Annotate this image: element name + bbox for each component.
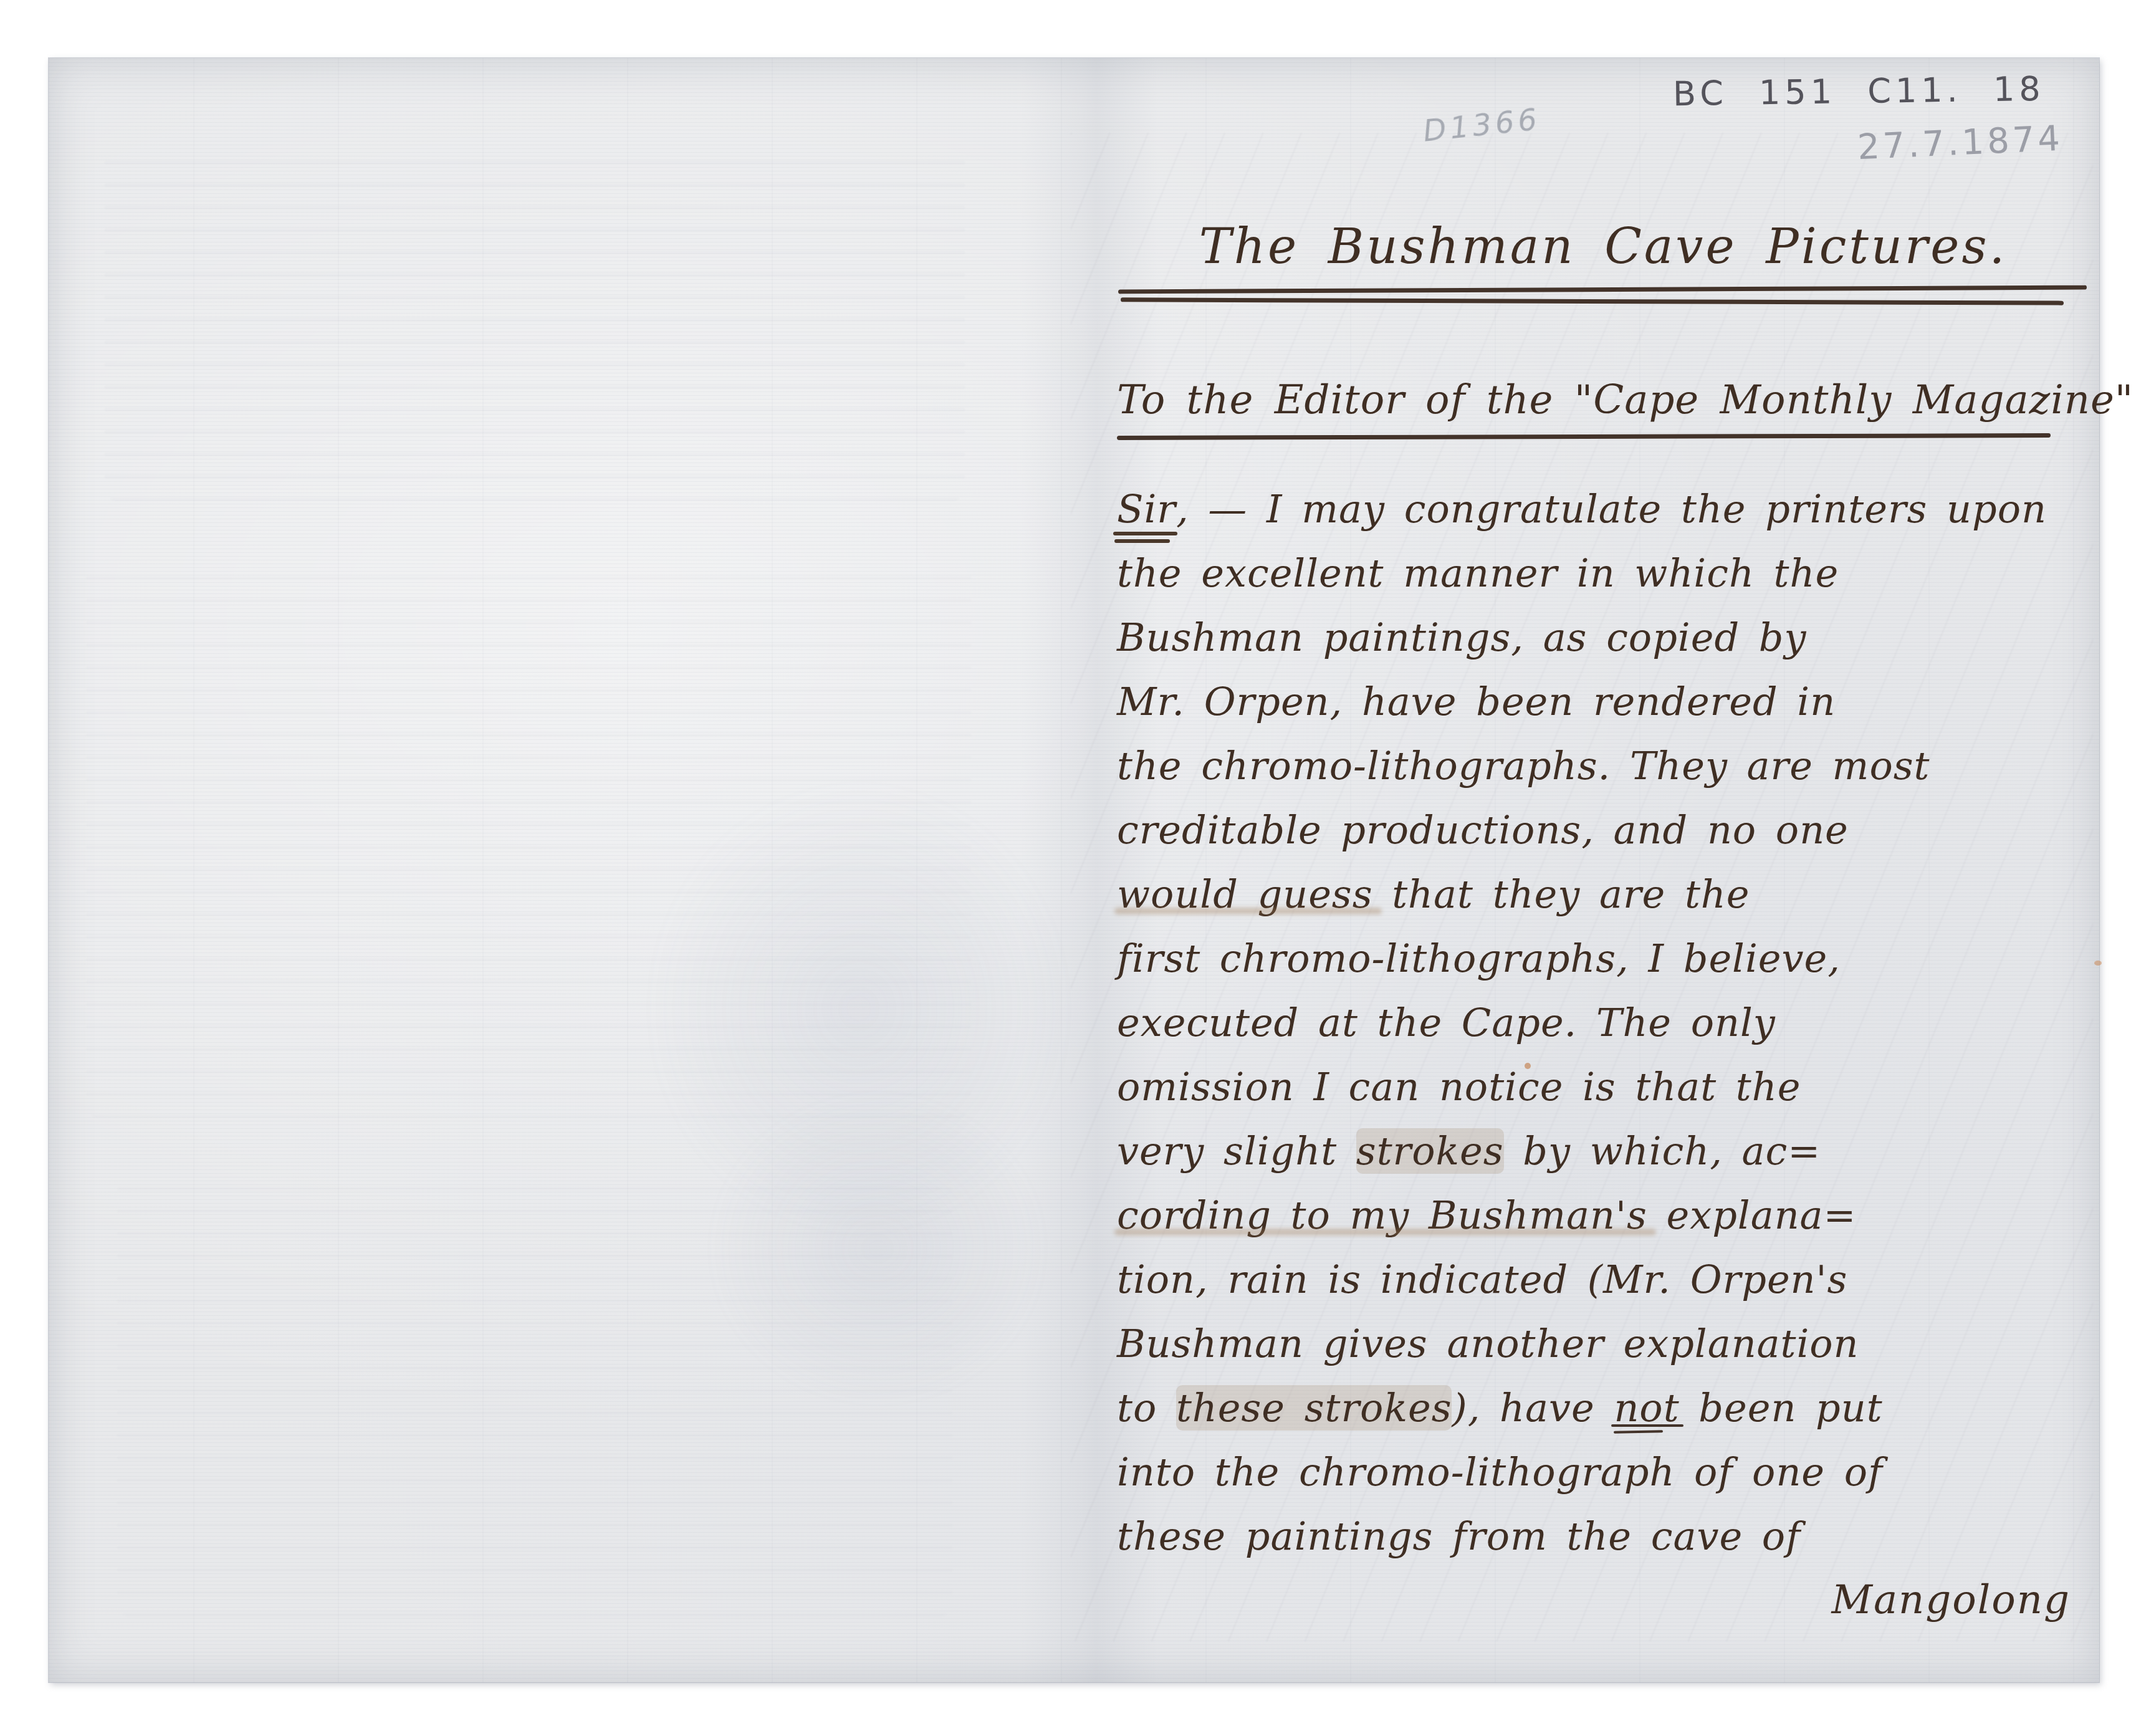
letter-body: Sir, — I may congratulate the printers u… (1117, 477, 2114, 1633)
salutation-sir: Sir (1117, 486, 1176, 532)
body-line: to these strokes), have not been put (1117, 1376, 2114, 1440)
body-line: first chromo-lithographs, I believe, (1117, 926, 2114, 990)
body-line: the chromo-lithographs. They are most (1117, 734, 2114, 798)
body-line: very slight strokes by which, ac= (1117, 1119, 2114, 1183)
body-text: , — I may congratulate the printers upon (1176, 486, 2047, 532)
annotation-catalog-ref: BC 151 C11. 18 (1673, 69, 2045, 113)
body-line: omission I can notice is that the (1117, 1055, 2114, 1119)
body-text: to (1117, 1385, 1176, 1431)
body-line: Mr. Orpen, have been rendered in (1117, 669, 2114, 734)
body-line: executed at the Cape. The only (1117, 990, 2114, 1055)
scan-background: { "annotations": { "catalog_ref": "BC 15… (0, 0, 2136, 1736)
body-text: been put (1680, 1385, 1883, 1431)
letter-title: The Bushman Cave Pictures. (1117, 219, 2089, 275)
bleedthrough-texture (105, 151, 965, 501)
underlined-not: not (1614, 1385, 1679, 1431)
body-line: into the chromo-lithograph of one of (1117, 1440, 2114, 1504)
faded-underlined-phrase: would guess (1117, 871, 1373, 917)
bleedthrough-ghost (703, 1086, 1052, 1411)
body-text: explana= (1647, 1192, 1857, 1238)
body-text: that they are the (1373, 871, 1750, 917)
title-underline (1118, 285, 2087, 294)
scanned-letter-sheet: BC 151 C11. 18 27.7.1874 D1366 The Bushm… (49, 58, 2099, 1682)
body-line: Bushman paintings, as copied by (1117, 605, 2114, 669)
letter-addressee-block: To the Editor of the "Cape Monthly Magaz… (1117, 377, 2089, 439)
body-line: cording to my Bushman's explana= (1117, 1183, 2114, 1247)
faded-underlined-phrase: cording to my Bushman's (1117, 1192, 1647, 1238)
body-line: tion, rain is indicated (Mr. Orpen's (1117, 1247, 2114, 1312)
smudged-word: these strokes (1176, 1385, 1452, 1431)
body-text: very slight (1117, 1128, 1356, 1174)
letter-addressee: To the Editor of the "Cape Monthly Magaz… (1117, 377, 2089, 423)
smudged-word: strokes (1356, 1128, 1504, 1174)
body-text: by which, ac= (1504, 1128, 1821, 1174)
body-text: ), have (1452, 1385, 1614, 1431)
body-line: creditable productions, and no one (1117, 798, 2114, 862)
body-line: Sir, — I may congratulate the printers u… (1117, 477, 2114, 541)
body-line: the excellent manner in which the (1117, 541, 2114, 605)
body-line: would guess that they are the (1117, 862, 2114, 926)
letter-signature-place: Mangolong (1117, 1568, 2114, 1633)
body-line: these paintings from the cave of (1117, 1504, 2114, 1568)
letter-title-block: The Bushman Cave Pictures. (1117, 219, 2089, 304)
body-line: Bushman gives another explanation (1117, 1312, 2114, 1376)
